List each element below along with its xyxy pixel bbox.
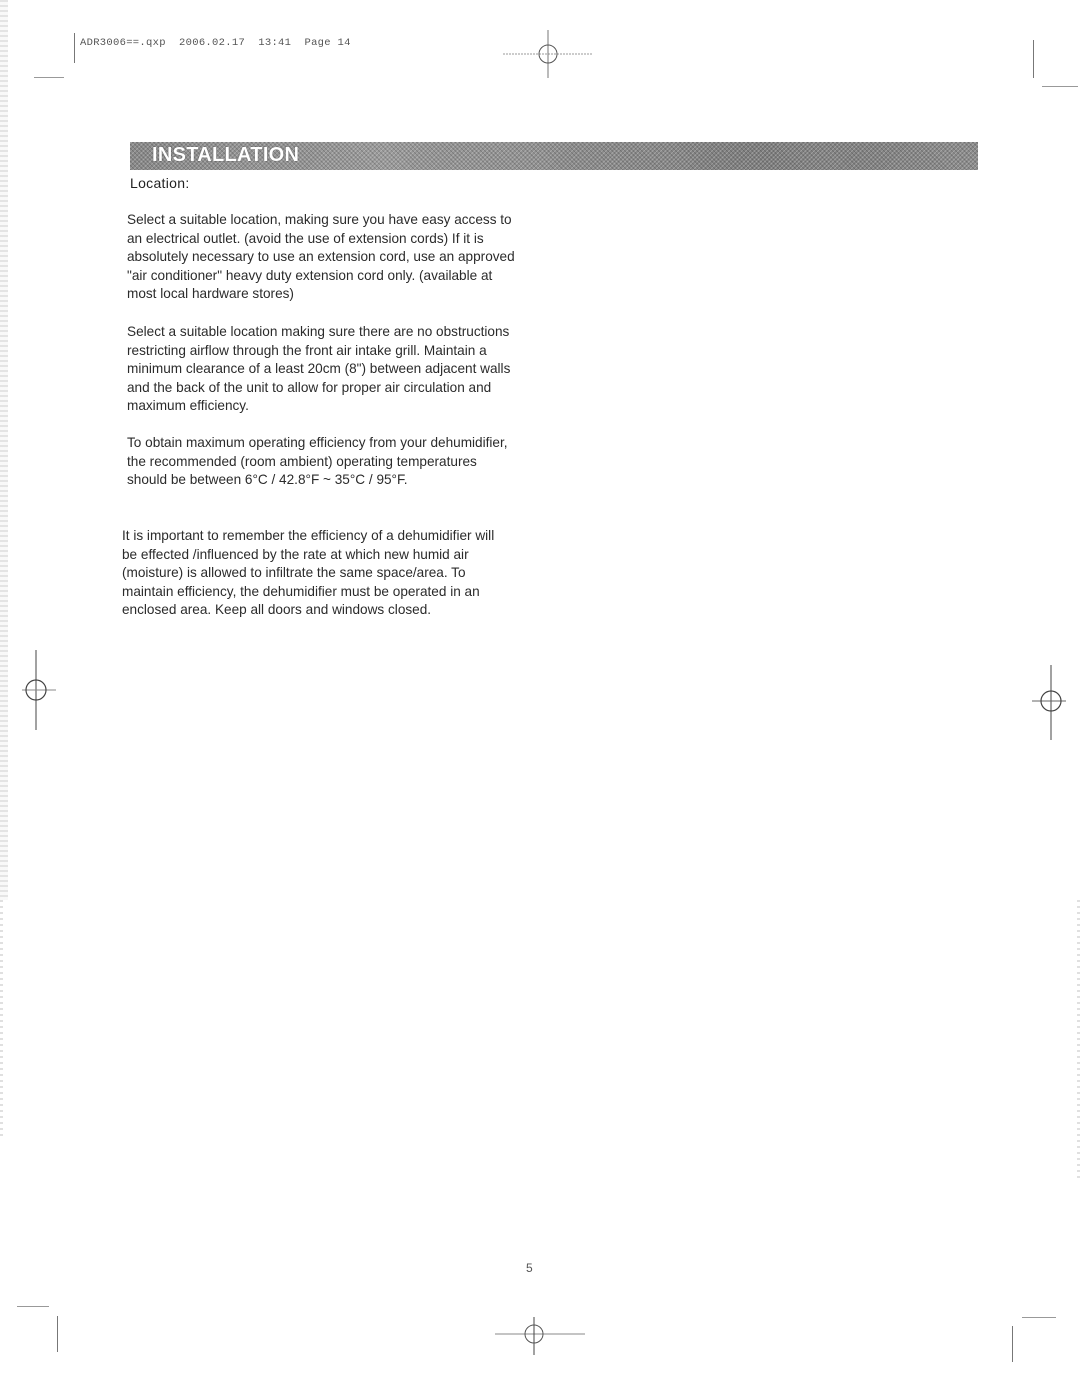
slug-date: 2006.02.17 xyxy=(179,37,245,49)
paragraph-temperature: To obtain maximum operating efficiency f… xyxy=(127,434,517,490)
crop-mark xyxy=(34,77,64,78)
slug-file: ADR3006==.qxp xyxy=(80,37,166,49)
crop-mark xyxy=(1012,1326,1013,1362)
registration-mark-left xyxy=(20,650,60,730)
scan-edge-left-lower xyxy=(0,900,3,1140)
paragraph-outlet: Select a suitable location, making sure … xyxy=(127,211,517,304)
crop-mark xyxy=(74,33,75,63)
scan-edge-left xyxy=(0,0,8,900)
crop-mark xyxy=(1033,40,1034,78)
paragraph-efficiency: It is important to remember the efficien… xyxy=(122,527,512,620)
registration-mark-right xyxy=(1030,665,1070,745)
section-title: INSTALLATION xyxy=(152,144,299,167)
crop-mark xyxy=(57,1316,58,1352)
slug-page: Page 14 xyxy=(304,37,350,49)
slug-time: 13:41 xyxy=(258,37,291,49)
print-slug: ADR3006==.qxp 2006.02.17 13:41 Page 14 xyxy=(80,37,351,49)
crop-mark xyxy=(1042,86,1078,87)
registration-mark-top xyxy=(503,30,593,80)
crop-mark xyxy=(1022,1317,1056,1318)
registration-mark-bottom xyxy=(495,1317,585,1357)
page-number: 5 xyxy=(526,1261,533,1275)
crop-mark xyxy=(17,1306,49,1307)
section-banner: INSTALLATION xyxy=(130,142,978,170)
section-heading: Location: xyxy=(130,175,190,191)
paragraph-clearance: Select a suitable location making sure t… xyxy=(127,323,517,416)
